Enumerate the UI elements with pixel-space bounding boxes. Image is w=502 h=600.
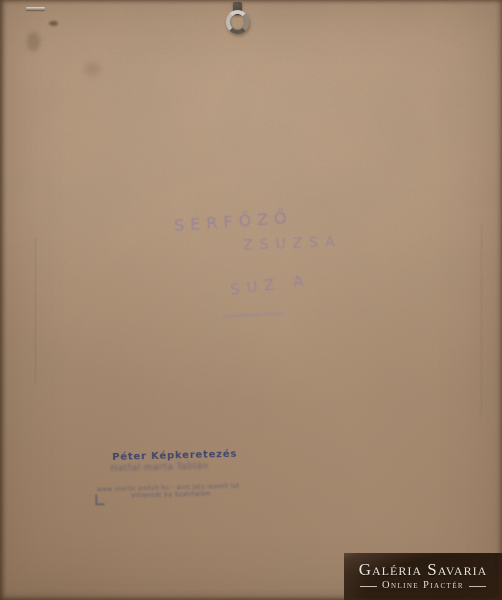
handwritten-scribble — [222, 306, 284, 317]
handwritten-name-line2: ZSUZSA — [243, 234, 342, 253]
hanging-ring — [226, 10, 249, 34]
stamp-corner-mark — [95, 494, 104, 505]
smudge-mark — [49, 21, 58, 26]
watermark-subtitle-row: Online Piactér — [360, 581, 486, 592]
stamp-line-illegible: Villamtát ba Szatrtalsm — [131, 490, 211, 499]
smudge-mark — [27, 32, 40, 51]
paper-grain-texture — [0, 0, 502, 600]
gallery-watermark: Galéria Savaria Online Piactér — [344, 553, 502, 600]
watermark-rule-left — [360, 586, 377, 587]
handwritten-name-line1: SERFŐZŐ — [173, 208, 293, 235]
stamp-title: Péter Képkeretezés — [112, 449, 237, 463]
watermark-subtitle: Online Piactér — [382, 581, 464, 592]
staple — [26, 7, 45, 10]
stamp-line-illegible: Hatfal marta Tablán — [110, 461, 208, 474]
smudge-mark — [84, 62, 101, 76]
watermark-rule-right — [469, 586, 486, 587]
picture-frame-back-photo: SERFŐZŐ ZSUZSA SUZ A Péter Képkeretezés … — [0, 0, 502, 600]
crease-line — [481, 225, 482, 415]
handwritten-note-line3: SUZ A — [229, 271, 311, 299]
watermark-title: Galéria Savaria — [359, 561, 488, 578]
crease-line — [35, 238, 36, 383]
framer-stamp: Péter Képkeretezés Hatfal marta Tablán w… — [94, 446, 284, 451]
photo-vignette — [0, 0, 502, 600]
